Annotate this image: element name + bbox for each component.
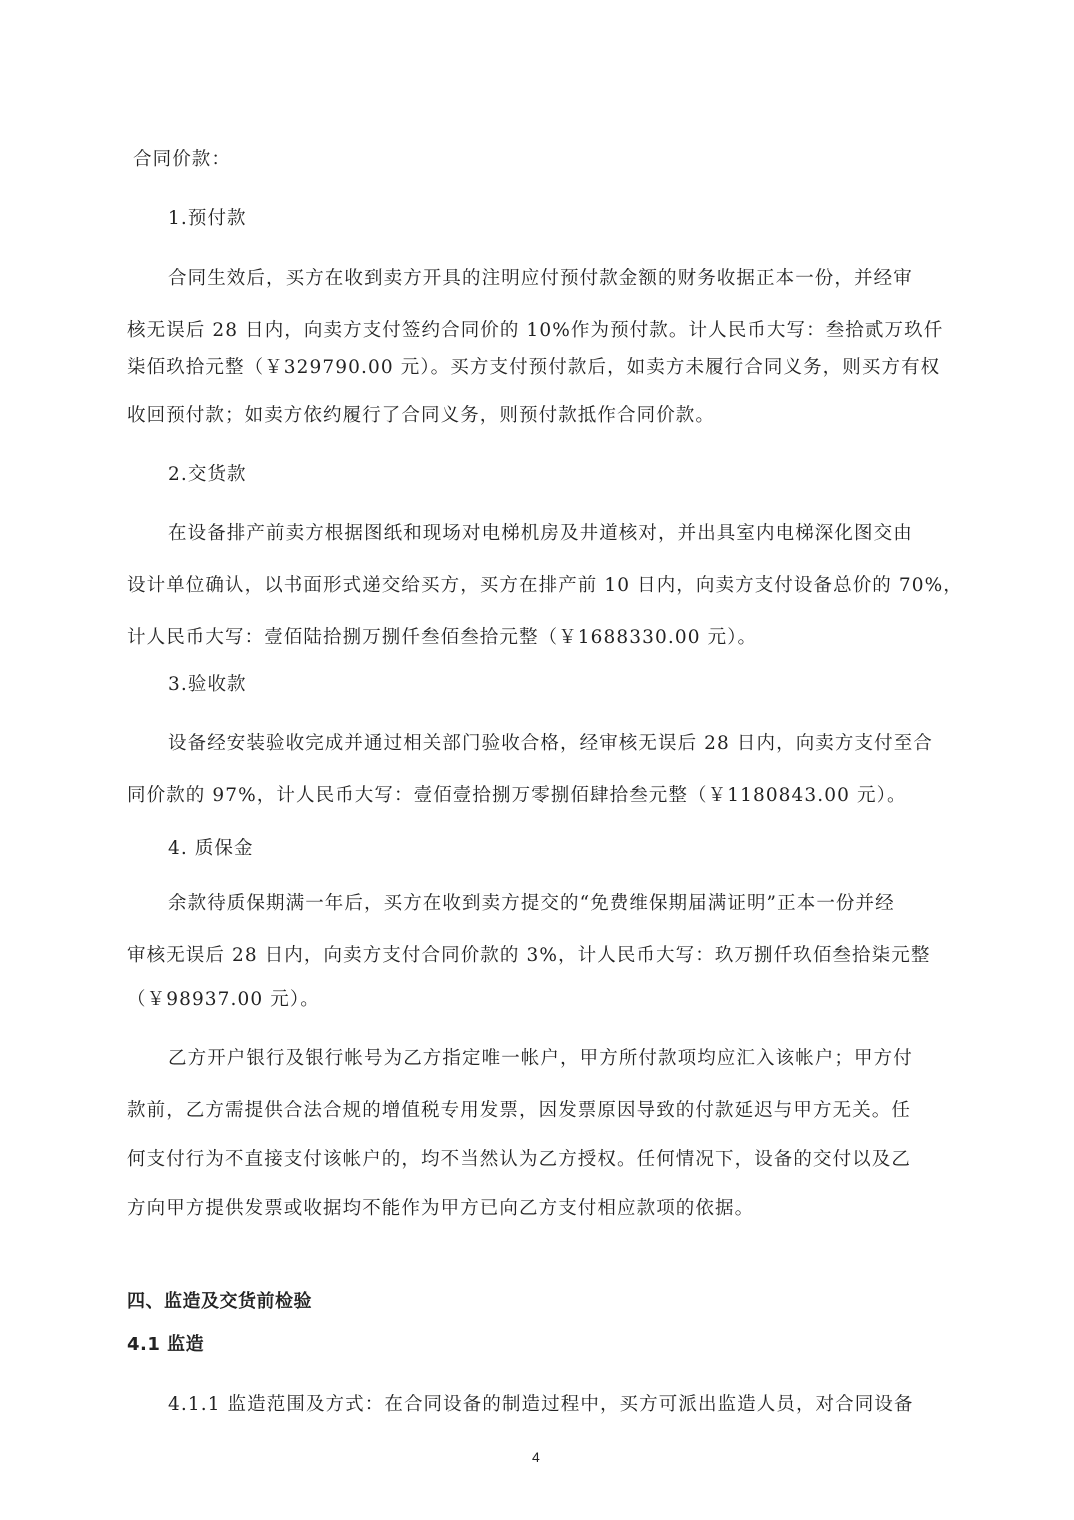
text-line: 核无误后 28 日内，向卖方支付签约合同价的 10%作为预付款。计人民币大写：叁… — [127, 319, 943, 343]
text-line: 4.1.1 监造范围及方式：在合同设备的制造过程中，买方可派出监造人员，对合同设… — [168, 1393, 914, 1417]
text-line: 1.预付款 — [168, 207, 247, 231]
text-line: 收回预付款；如卖方依约履行了合同义务，则预付款抵作合同价款。 — [127, 404, 715, 428]
text-line: 审核无误后 28 日内，向卖方支付合同价款的 3%，计人民币大写：玖万捌仟玖佰叁… — [127, 944, 930, 968]
text-line: 乙方开户银行及银行帐号为乙方指定唯一帐户，甲方所付款项均应汇入该帐户；甲方付 — [168, 1047, 913, 1071]
page-number: 4 — [532, 1449, 540, 1465]
text-line: 计人民币大写：壹佰陆拾捌万捌仟叁佰叁拾元整（￥1688330.00 元）。 — [127, 626, 757, 650]
text-line: 同价款的 97%，计人民币大写：壹佰壹拾捌万零捌佰肆拾叁元整（￥1180843.… — [127, 784, 907, 808]
text-line: 4. 质保金 — [168, 837, 254, 861]
text-line: 合同价款： — [133, 148, 231, 172]
text-line: 款前，乙方需提供合法合规的增值税专用发票，因发票原因导致的付款延迟与甲方无关。任 — [127, 1099, 911, 1123]
text-line: 设计单位确认，以书面形式递交给买方，买方在排产前 10 日内，向卖方支付设备总价… — [127, 574, 963, 598]
text-line: 2.交货款 — [168, 463, 247, 487]
text-line: 设备经安装验收完成并通过相关部门验收合格，经审核无误后 28 日内，向卖方支付至… — [168, 732, 933, 756]
text-line: 何支付行为不直接支付该帐户的，均不当然认为乙方授权。任何情况下，设备的交付以及乙 — [127, 1148, 911, 1172]
text-line: 方向甲方提供发票或收据均不能作为甲方已向乙方支付相应款项的依据。 — [127, 1197, 754, 1221]
text-line: 余款待质保期满一年后，买方在收到卖方提交的“免费维保期届满证明”正本一份并经 — [168, 892, 895, 916]
text-line: （￥98937.00 元）。 — [127, 988, 320, 1012]
section-heading: 四、监造及交货前检验 — [127, 1290, 312, 1314]
text-line: 柒佰玖拾元整（￥329790.00 元）。买方支付预付款后，如卖方未履行合同义务… — [127, 356, 940, 380]
document-page: 合同价款：1.预付款合同生效后，买方在收到卖方开具的注明应付预付款金额的财务收据… — [0, 0, 1074, 1520]
section-heading: 4.1 监造 — [127, 1333, 204, 1357]
text-line: 3.验收款 — [168, 673, 247, 697]
text-line: 合同生效后，买方在收到卖方开具的注明应付预付款金额的财务收据正本一份，并经审 — [168, 267, 913, 291]
text-line: 在设备排产前卖方根据图纸和现场对电梯机房及井道核对，并出具室内电梯深化图交由 — [168, 522, 913, 546]
